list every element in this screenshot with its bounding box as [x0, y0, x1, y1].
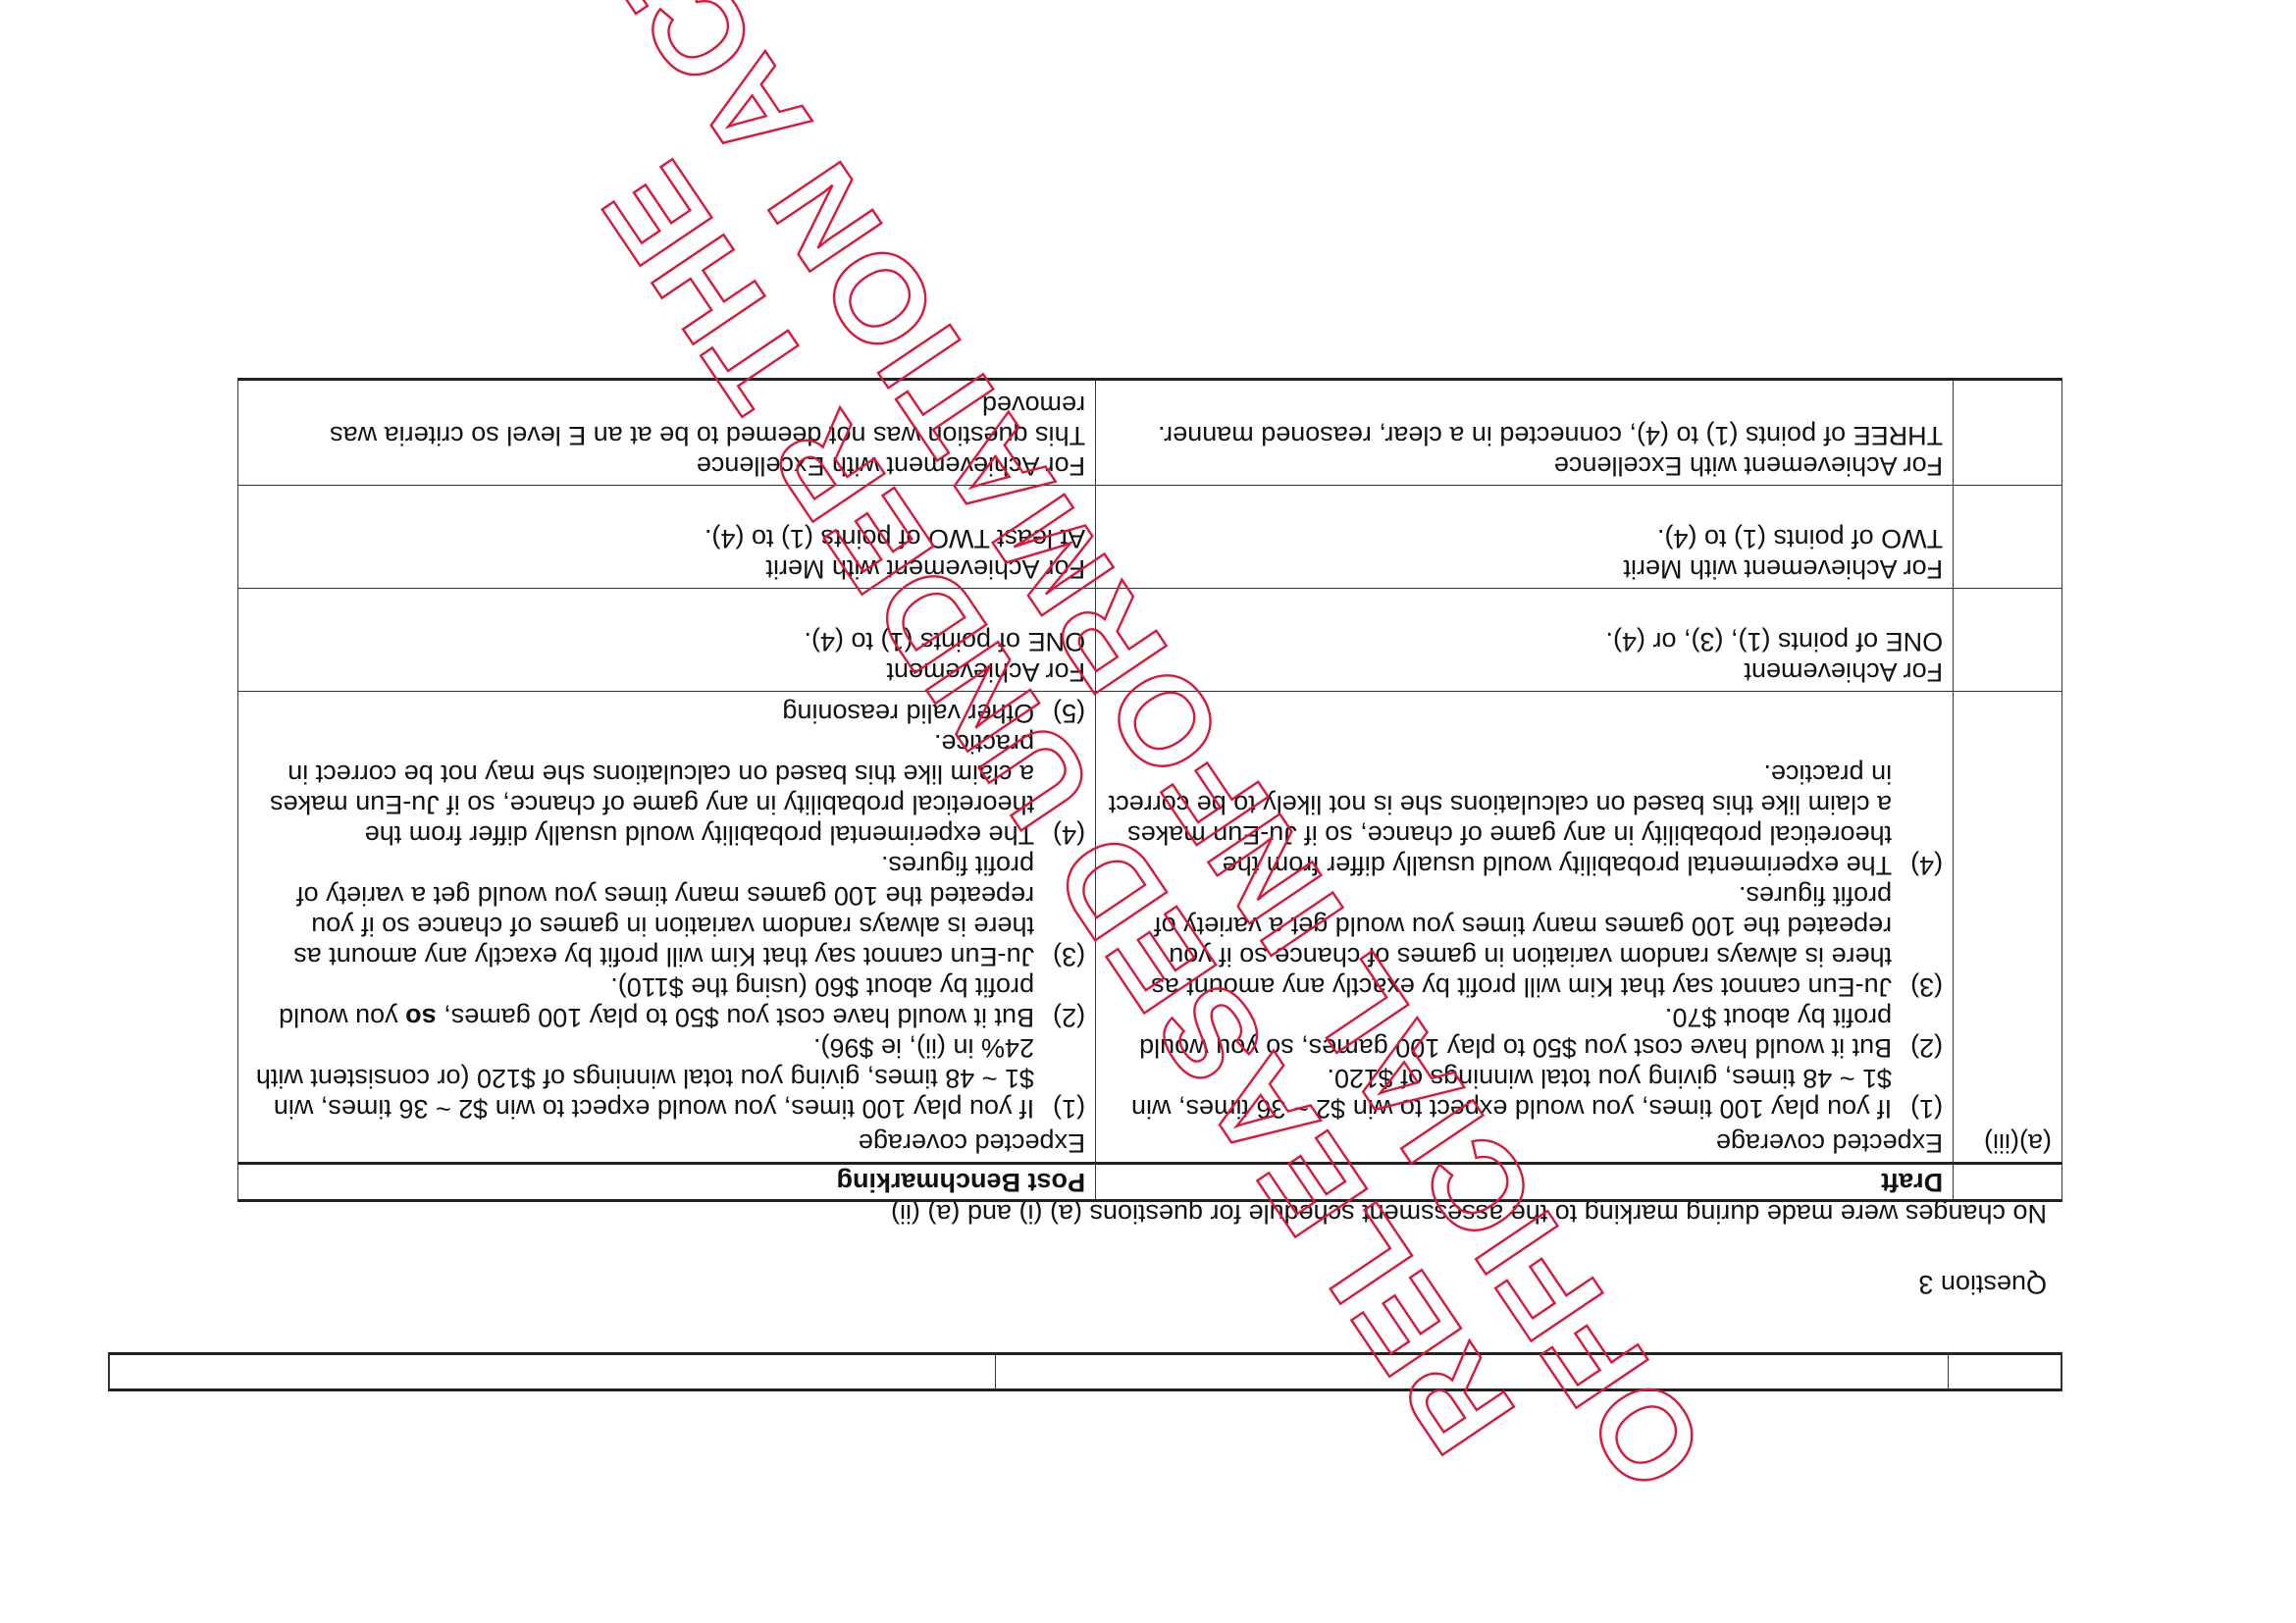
point-number: (5): [1034, 698, 1085, 728]
criteria-title: For Achievement with Excellence: [1106, 450, 1943, 481]
empty-label-cell: [1954, 486, 2062, 589]
criteria-title: For Achievement with Merit: [248, 553, 1085, 584]
list-item: (3)Ju-Eun cannot say that Kim will profi…: [248, 850, 1085, 971]
criteria-text: TWO of points (1) to (4).: [1106, 523, 1943, 553]
draft-criteria-cell: For Achievement ONE of points (1), (3), …: [1096, 589, 1954, 692]
coverage-title: Expected coverage: [1106, 1127, 1943, 1158]
criteria-text: At least TWO of points (1) to (4).: [248, 523, 1085, 553]
criteria-title: For Achievement with Merit: [1106, 553, 1943, 584]
point-number: (3): [1892, 880, 1943, 1002]
draft-points-list: (1)If you play 100 times, you would expe…: [1106, 759, 1943, 1124]
point-text: The experimental probability would usual…: [248, 728, 1034, 850]
previous-table-remnant: [108, 1352, 2062, 1391]
criteria-row-achievement: For Achievement ONE of points (1), (3), …: [238, 589, 2062, 692]
point-text: Ju-Eun cannot say that Kim will profit b…: [1106, 880, 1892, 1002]
point-text: But it would have cost you $50 to play 1…: [1106, 1002, 1892, 1063]
point-number: (3): [1034, 850, 1085, 971]
criteria-text: This question was not deemed to be at an…: [248, 390, 1085, 450]
list-item: (1)If you play 100 times, you would expe…: [1106, 1063, 1943, 1124]
header-draft: Draft: [1096, 1164, 1954, 1201]
list-item: (5)Other valid reasoning: [248, 698, 1085, 728]
point-number: (4): [1892, 759, 1943, 880]
coverage-title: Expected coverage: [248, 1127, 1085, 1158]
empty-label-cell: [1954, 589, 2062, 692]
point-text: If you play 100 times, you would expect …: [1106, 1063, 1892, 1124]
list-item: (4)The experimental probability would us…: [1106, 759, 1943, 880]
list-item: (2)But it would have cost you $50 to pla…: [248, 971, 1085, 1032]
criteria-title: For Achievement: [248, 656, 1085, 687]
list-item: (3)Ju-Eun cannot say that Kim will profi…: [1106, 880, 1943, 1002]
row-label: (a)(iii): [1954, 692, 2062, 1164]
criteria-title: For Achievement: [1106, 656, 1943, 687]
prev-table-cell: [995, 1355, 1948, 1388]
point-number: (1): [1892, 1063, 1943, 1124]
bold-emphasis: so: [405, 1003, 437, 1032]
draft-criteria-cell: For Achievement with Merit TWO of points…: [1096, 486, 1954, 589]
assessment-schedule-table: Draft Post Benchmarking (a)(iii) Expecte…: [237, 378, 2062, 1202]
draft-criteria-cell: For Achievement with Excellence THREE of…: [1096, 380, 1954, 486]
header-label: [1954, 1164, 2062, 1201]
point-number: (2): [1034, 971, 1085, 1032]
prev-table-cell: [110, 1355, 995, 1388]
criteria-text: ONE of points (1) to (4).: [248, 626, 1085, 656]
point-text: But it would have cost you $50 to play 1…: [248, 971, 1034, 1032]
list-item: (2)But it would have cost you $50 to pla…: [1106, 1002, 1943, 1063]
post-criteria-cell: For Achievement with Merit At least TWO …: [238, 486, 1096, 589]
point-text: Ju-Eun cannot say that Kim will profit b…: [248, 850, 1034, 971]
post-points-list: (1)If you play 100 times, you would expe…: [248, 698, 1085, 1124]
question-title: Question 3: [1918, 1269, 2047, 1299]
point-text: If you play 100 times, you would expect …: [248, 1032, 1034, 1124]
coverage-row: (a)(iii) Expected coverage (1)If you pla…: [238, 692, 2062, 1164]
post-criteria-cell: For Achievement ONE of points (1) to (4)…: [238, 589, 1096, 692]
criteria-text: THREE of points (1) to (4), connected in…: [1106, 420, 1943, 450]
list-item: (4)The experimental probability would us…: [248, 728, 1085, 850]
draft-coverage-cell: Expected coverage (1)If you play 100 tim…: [1096, 692, 1954, 1164]
header-post-benchmarking: Post Benchmarking: [238, 1164, 1096, 1201]
post-coverage-cell: Expected coverage (1)If you play 100 tim…: [238, 692, 1096, 1164]
point-text: Other valid reasoning: [248, 698, 1034, 728]
scanned-page: Question 3 No changes were made during m…: [0, 0, 2296, 1623]
point-number: (1): [1034, 1032, 1085, 1124]
list-item: (1)If you play 100 times, you would expe…: [248, 1032, 1085, 1124]
point-number: (2): [1892, 1002, 1943, 1063]
empty-label-cell: [1954, 380, 2062, 486]
prev-table-cell: [1948, 1355, 2061, 1388]
post-criteria-cell: For Achievement with Excellence This que…: [238, 380, 1096, 486]
criteria-title: For Achievement with Excellence: [248, 450, 1085, 481]
point-number: (4): [1034, 728, 1085, 850]
criteria-row-excellence: For Achievement with Excellence THREE of…: [238, 380, 2062, 486]
criteria-row-merit: For Achievement with Merit TWO of points…: [238, 486, 2062, 589]
marking-note: No changes were made during marking to t…: [891, 1198, 2047, 1229]
table-header-row: Draft Post Benchmarking: [238, 1164, 2062, 1201]
point-text: The experimental probability would usual…: [1106, 759, 1892, 880]
criteria-text: ONE of points (1), (3), or (4).: [1106, 626, 1943, 656]
